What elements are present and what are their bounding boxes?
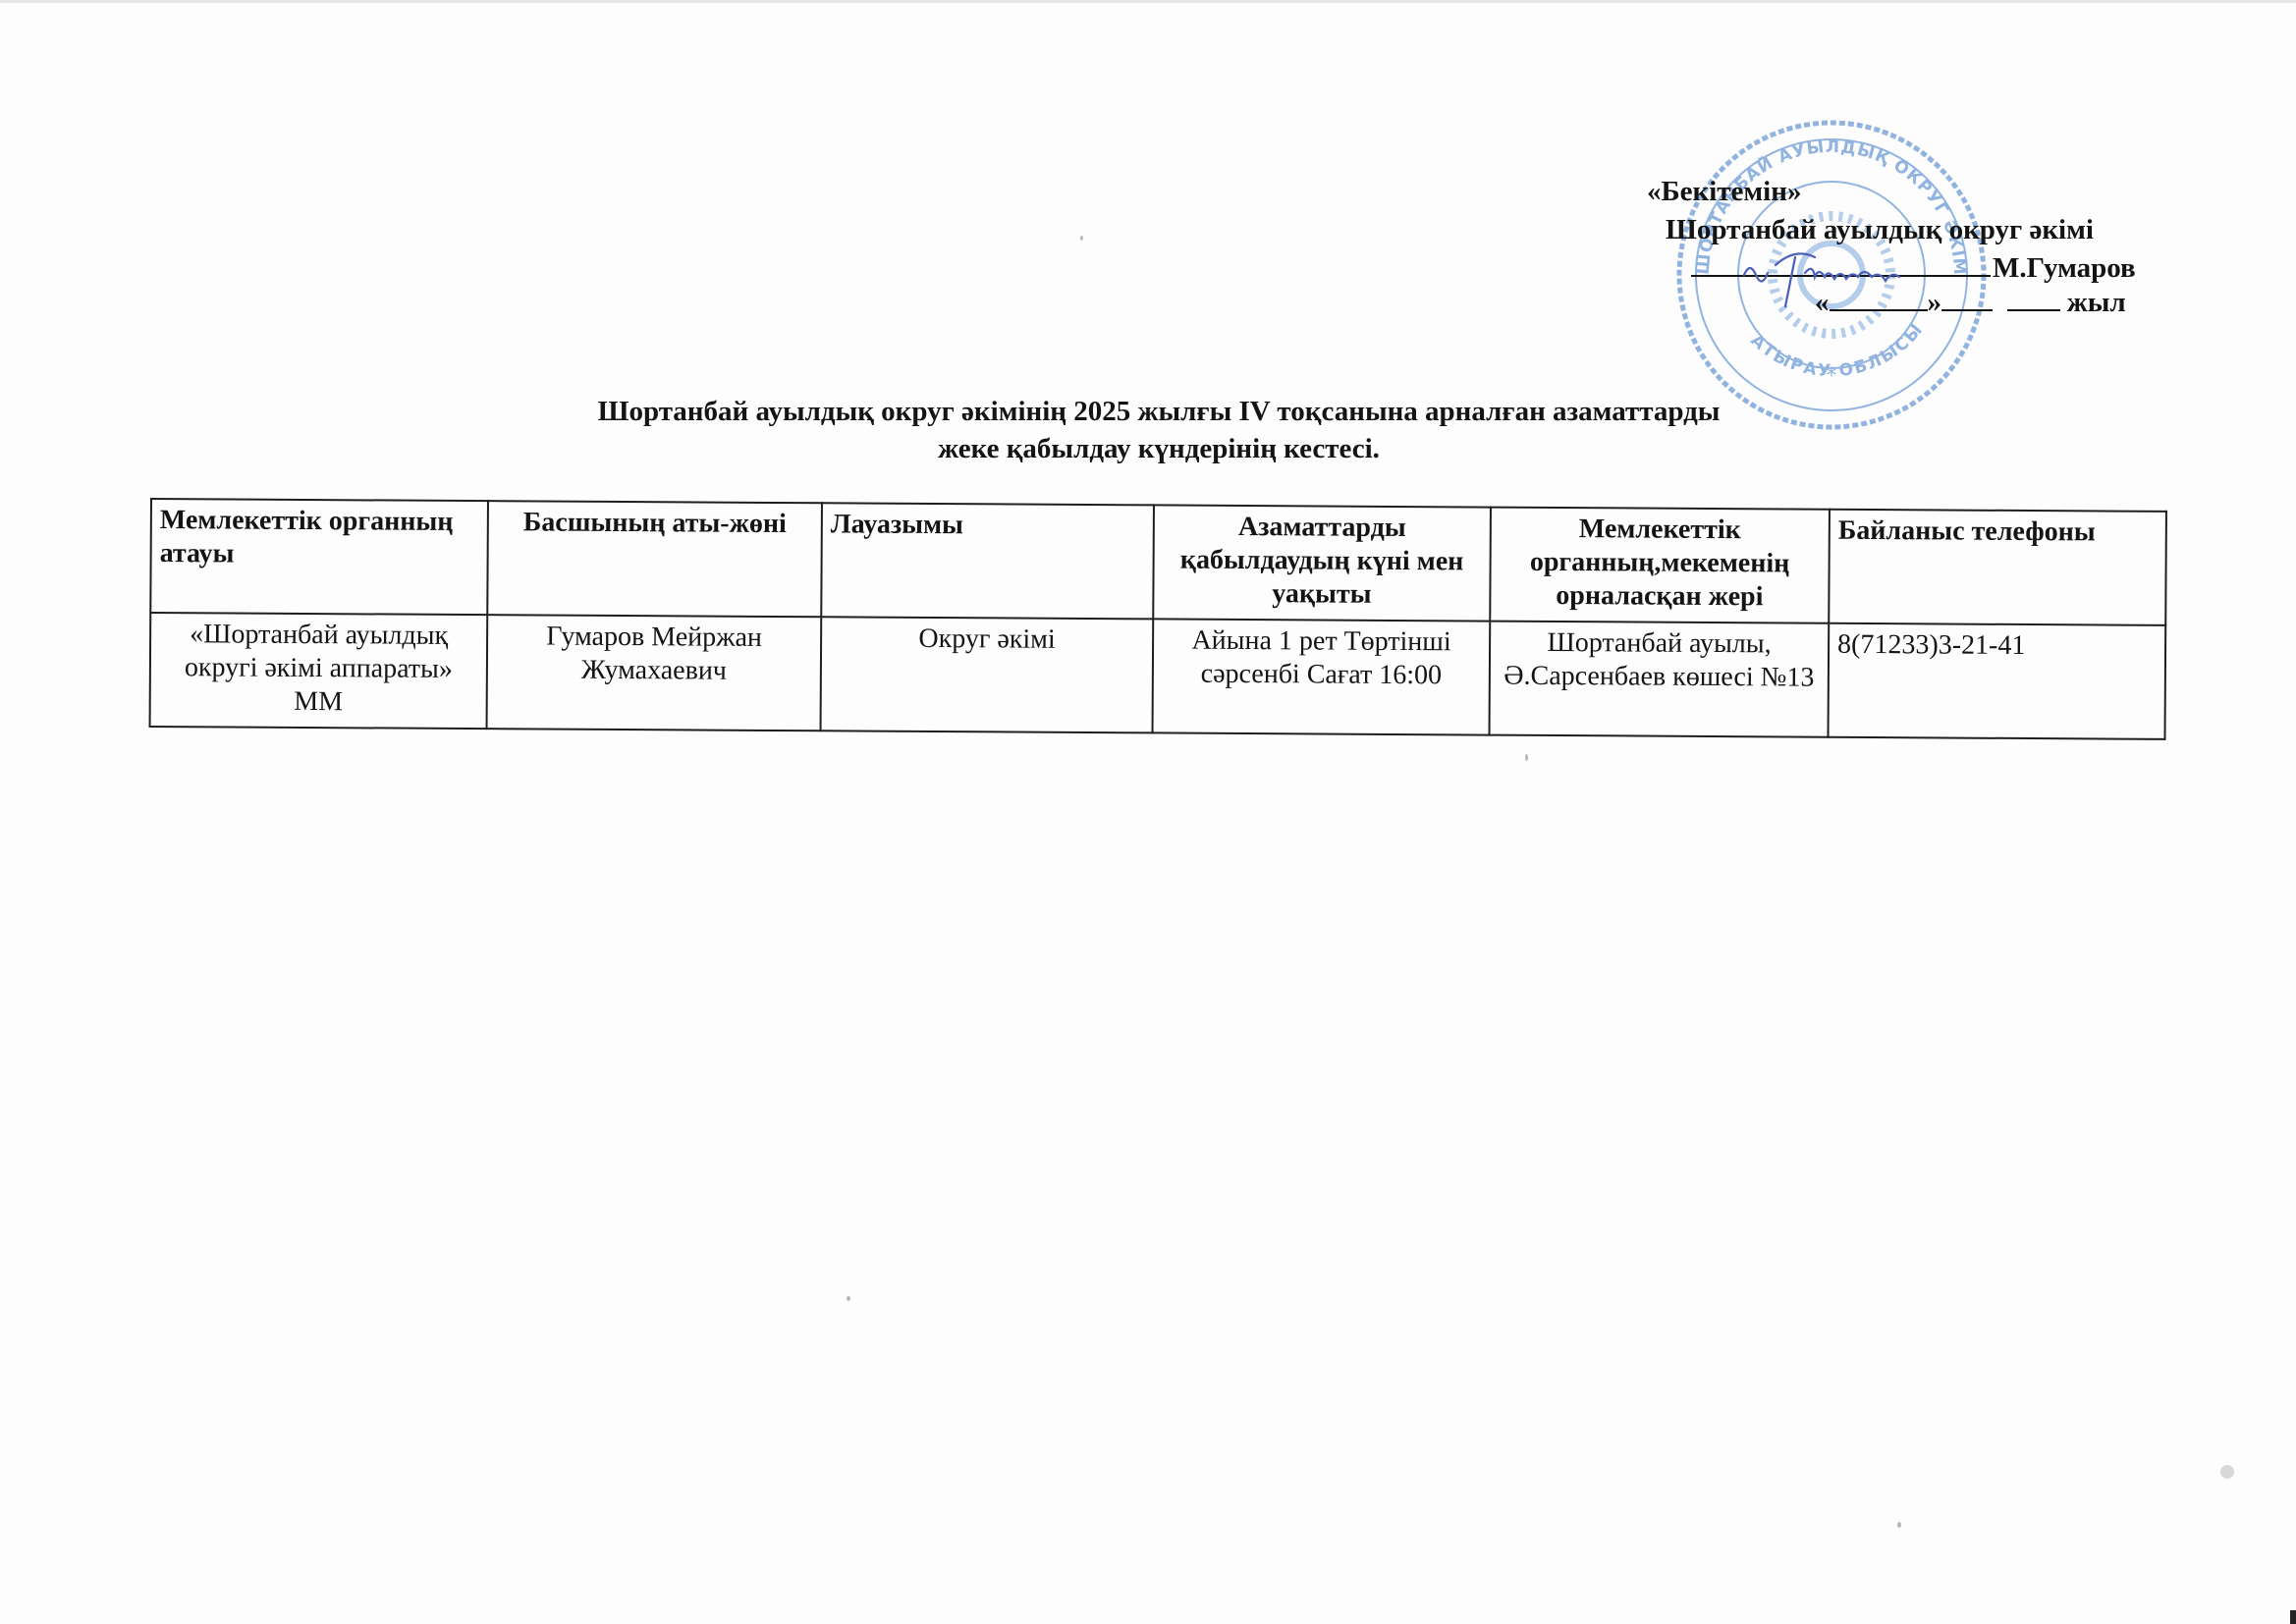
header-location: Мемлекеттік органның,мекеменің орналасқа…: [1490, 508, 1830, 623]
approval-date-line: «» жыл: [1815, 286, 2126, 319]
reception-schedule-table-wrap: Мемлекеттік органның атауы Басшының аты-…: [149, 498, 2167, 740]
header-org-name: Мемлекеттік органның атауы: [150, 499, 488, 615]
document-title-line-1: Шортанбай ауылдық округ әкімінің 2025 жы…: [491, 393, 1827, 430]
header-head-name: Басшының аты-жөні: [487, 501, 822, 617]
approval-title: «Бекітемін»: [1647, 175, 1801, 208]
page-top-edge: [0, 0, 2296, 3]
header-position: Лауазымы: [821, 503, 1154, 619]
date-suffix: жыл: [2067, 287, 2126, 318]
svg-text:*: *: [1827, 364, 1837, 389]
header-phone: Байланыс телефоны: [1829, 510, 2166, 625]
cell-phone: 8(71233)3-21-41: [1829, 623, 2166, 739]
svg-text:АТЫРАУ ОБЛЫСЫ: АТЫРАУ ОБЛЫСЫ: [1747, 319, 1929, 381]
cell-org-name: «Шортанбай ауылдық округі әкімі аппараты…: [150, 613, 488, 729]
cell-head-name: Гумаров Мейржан Жумахаевич: [487, 615, 822, 731]
scan-edge-mark: [2290, 1610, 2296, 1624]
header-reception-time: Азаматтарды қабылдаудың күні мен уақыты: [1153, 505, 1491, 621]
cell-location: Шортанбай ауылы, Ә.Сарсенбаев көшесі №13: [1490, 622, 1830, 737]
scan-speck: [847, 1296, 850, 1301]
reception-schedule-table: Мемлекеттік органның атауы Басшының аты-…: [149, 498, 2167, 740]
scan-speck: [2220, 1465, 2234, 1479]
cell-position: Округ әкімі: [821, 617, 1154, 732]
table-row: «Шортанбай ауылдық округі әкімі аппараты…: [150, 613, 2166, 739]
date-year-blank: [2007, 286, 2060, 311]
stamp-lower-text: АТЫРАУ ОБЛЫСЫ: [1747, 319, 1929, 381]
table-header-row: Мемлекеттік органның атауы Басшының аты-…: [150, 499, 2166, 625]
document-title-line-2: жеке қабылдау күндерінің кестесі.: [491, 430, 1827, 467]
date-day-blank: [1830, 286, 1928, 311]
scan-speck: [1080, 236, 1083, 241]
scan-speck: [1525, 754, 1528, 761]
date-month-blank: [1941, 286, 1993, 311]
document-title: Шортанбай ауылдық округ әкімінің 2025 жы…: [491, 393, 1827, 467]
signer-name: М.Гумаров: [1993, 252, 2136, 284]
cell-reception-time: Айына 1 рет Төртінші сәрсенбі Сағат 16:0…: [1153, 619, 1491, 734]
scan-speck: [1897, 1522, 1901, 1528]
